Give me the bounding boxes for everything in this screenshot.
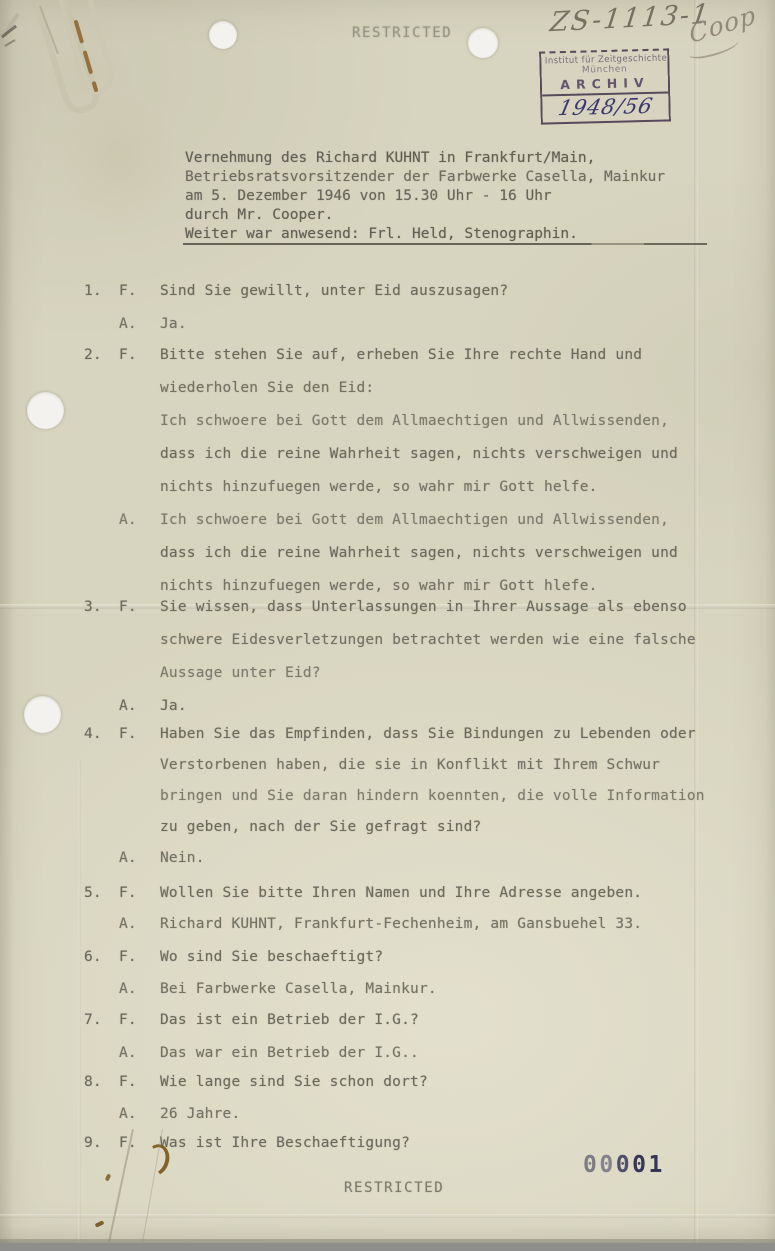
speaker-label: A. [119, 1106, 137, 1122]
page-number-stamp: 00001 [583, 1152, 665, 1178]
qa-text: Wo sind Sie beschaeftigt? [160, 949, 383, 965]
speaker-label: F. [119, 347, 137, 363]
header-line: durch Mr. Cooper. [185, 206, 665, 225]
paperclip-impression-icon [0, 0, 160, 124]
qa-line: wiederholen Sie den Eid: [0, 380, 775, 413]
speaker-label: A. [119, 1045, 137, 1061]
qa-text: schwere Eidesverletzungen betrachtet wer… [160, 632, 696, 648]
qa-text: Richard KUHNT, Frankfurt-Fechenheim, am … [160, 916, 642, 932]
header-line: am 5. Dezember 1946 von 15.30 Uhr - 16 U… [185, 187, 665, 206]
qa-text: Was ist Ihre Beschaeftigung? [160, 1135, 410, 1151]
qa-line: A.Richard KUHNT, Frankfurt-Fechenheim, a… [0, 916, 775, 947]
speaker-label: F. [119, 1012, 137, 1028]
qa-line: dass ich die reine Wahrheit sagen, nicht… [0, 446, 775, 479]
qa-text: Ich schwoere bei Gott dem Allmaechtigen … [160, 512, 669, 528]
qa-line: dass ich die reine Wahrheit sagen, nicht… [0, 545, 775, 578]
qa-line: 7.F.Das ist ein Betrieb der I.G.? [0, 1012, 775, 1045]
classification-marking-top: RESTRICTED [352, 25, 452, 41]
qa-line: nichts hinzufuegen werde, so wahr mir Go… [0, 479, 775, 512]
question-number: 9. [84, 1135, 102, 1151]
qa-line: Ich schwoere bei Gott dem Allmaechtigen … [0, 413, 775, 446]
qa-text: Ja. [160, 316, 187, 332]
qa-text: 26 Jahre. [160, 1106, 240, 1122]
header-line-attendees: Weiter war anwesend: Frl. Held, Stenogra… [185, 225, 665, 244]
qa-line: A.Ich schwoere bei Gott dem Allmaechtige… [0, 512, 775, 545]
qa-text: Aussage unter Eid? [160, 665, 321, 681]
qa-line: schwere Eidesverletzungen betrachtet wer… [0, 632, 775, 665]
speaker-label: A. [119, 850, 137, 866]
speaker-label: F. [119, 1074, 137, 1090]
speaker-label: F. [119, 726, 137, 742]
speaker-label: A. [119, 698, 137, 714]
qa-text: Das ist ein Betrieb der I.G.? [160, 1012, 419, 1028]
qa-item: 4.F.Haben Sie das Empfinden, dass Sie Bi… [0, 726, 775, 881]
qa-text: nichts hinzufuegen werde, so wahr mir Go… [160, 578, 598, 594]
qa-item: 3.F.Sie wissen, dass Unterlassungen in I… [0, 599, 775, 731]
qa-text: Nein. [160, 850, 205, 866]
document-page: RESTRICTED ZS-1113-1 Coop Institut für Z… [0, 0, 775, 1243]
qa-text: Sind Sie gewillt, unter Eid auszusagen? [160, 283, 508, 299]
qa-line: 6.F.Wo sind Sie beschaeftigt? [0, 949, 775, 981]
page-number-digit: 1 [648, 1152, 664, 1178]
paper-crease [0, 1214, 775, 1218]
qa-text: dass ich die reine Wahrheit sagen, nicht… [160, 545, 678, 561]
question-number: 4. [84, 726, 102, 742]
qa-text: dass ich die reine Wahrheit sagen, nicht… [160, 446, 678, 462]
qa-text: Wollen Sie bitte Ihren Namen und Ihre Ad… [160, 885, 642, 901]
archive-stamp-archiv-label: ARCHIV [543, 74, 667, 92]
qa-item: 2.F.Bitte stehen Sie auf, erheben Sie Ih… [0, 347, 775, 611]
qa-text: Verstorbenen haben, die sie in Konflikt … [160, 757, 660, 773]
qa-item: 1.F.Sind Sie gewillt, unter Eid auszusag… [0, 283, 775, 349]
speaker-label: A. [119, 916, 137, 932]
page-number-digit: 0 [599, 1152, 615, 1178]
qa-line: zu geben, nach der Sie gefragt sind? [0, 819, 775, 850]
qa-line: A.Bei Farbwerke Casella, Mainkur. [0, 981, 775, 1013]
punch-hole [209, 21, 237, 49]
qa-text: nichts hinzufuegen werde, so wahr mir Go… [160, 479, 598, 495]
question-number: 1. [84, 283, 102, 299]
qa-text: Bei Farbwerke Casella, Mainkur. [160, 981, 437, 997]
qa-line: 5.F.Wollen Sie bitte Ihren Namen und Ihr… [0, 885, 775, 916]
page-number-digit: 0 [583, 1152, 599, 1178]
qa-text: Bitte stehen Sie auf, erheben Sie Ihre r… [160, 347, 642, 363]
header-underline [183, 243, 707, 245]
page-number-digit: 0 [616, 1152, 632, 1178]
question-number: 6. [84, 949, 102, 965]
classification-marking-bottom: RESTRICTED [344, 1180, 444, 1196]
qa-text: bringen und Sie daran hindern koennten, … [160, 788, 705, 804]
qa-text: Ja. [160, 698, 187, 714]
rust-mark [105, 1173, 112, 1181]
qa-text: Haben Sie das Empfinden, dass Sie Bindun… [160, 726, 696, 742]
qa-line: 8.F.Wie lange sind Sie schon dort? [0, 1074, 775, 1106]
speaker-label: F. [119, 283, 137, 299]
qa-text: zu geben, nach der Sie gefragt sind? [160, 819, 481, 835]
header-line: Betriebsratsvorsitzender der Farbwerke C… [185, 168, 665, 187]
speaker-label: F. [119, 885, 137, 901]
document-header: Vernehmung des Richard KUHNT in Frankfur… [185, 149, 665, 244]
qa-line: A.Nein. [0, 850, 775, 881]
qa-line: 3.F.Sie wissen, dass Unterlassungen in I… [0, 599, 775, 632]
speaker-label: F. [119, 599, 137, 615]
archive-stamp: Institut für Zeitgeschichte München ARCH… [539, 48, 671, 124]
qa-text: Wie lange sind Sie schon dort? [160, 1074, 428, 1090]
page-number-digit: 0 [632, 1152, 648, 1178]
qa-line: 1.F.Sind Sie gewillt, unter Eid auszusag… [0, 283, 775, 316]
header-line: Vernehmung des Richard KUHNT in Frankfur… [185, 149, 665, 168]
qa-line: A.Ja. [0, 316, 775, 349]
qa-text: Das war ein Betrieb der I.G.. [160, 1045, 419, 1061]
archive-stamp-number: 1948/56 [541, 93, 671, 122]
question-number: 8. [84, 1074, 102, 1090]
speaker-label: A. [119, 316, 137, 332]
qa-item: 8.F.Wie lange sind Sie schon dort?A.26 J… [0, 1074, 775, 1138]
speaker-label: A. [119, 981, 137, 997]
question-number: 7. [84, 1012, 102, 1028]
rust-mark [95, 1220, 105, 1227]
qa-item: 6.F.Wo sind Sie beschaeftigt?A.Bei Farbw… [0, 949, 775, 1013]
qa-line: Verstorbenen haben, die sie in Konflikt … [0, 757, 775, 788]
qa-line: 2.F.Bitte stehen Sie auf, erheben Sie Ih… [0, 347, 775, 380]
qa-line: 4.F.Haben Sie das Empfinden, dass Sie Bi… [0, 726, 775, 757]
qa-item: 7.F.Das ist ein Betrieb der I.G.?A.Das w… [0, 1012, 775, 1078]
question-number: 5. [84, 885, 102, 901]
qa-text: Sie wissen, dass Unterlassungen in Ihrer… [160, 599, 687, 615]
qa-line: A.26 Jahre. [0, 1106, 775, 1138]
question-number: 3. [84, 599, 102, 615]
punch-hole [468, 28, 498, 58]
speaker-label: F. [119, 949, 137, 965]
qa-text: Ich schwoere bei Gott dem Allmaechtigen … [160, 413, 669, 429]
qa-line: Aussage unter Eid? [0, 665, 775, 698]
question-number: 2. [84, 347, 102, 363]
qa-line: bringen und Sie daran hindern koennten, … [0, 788, 775, 819]
speaker-label: A. [119, 512, 137, 528]
qa-item: 5.F.Wollen Sie bitte Ihren Namen und Ihr… [0, 885, 775, 947]
paper-bottom-edge [0, 1239, 775, 1243]
qa-text: wiederholen Sie den Eid: [160, 380, 374, 396]
